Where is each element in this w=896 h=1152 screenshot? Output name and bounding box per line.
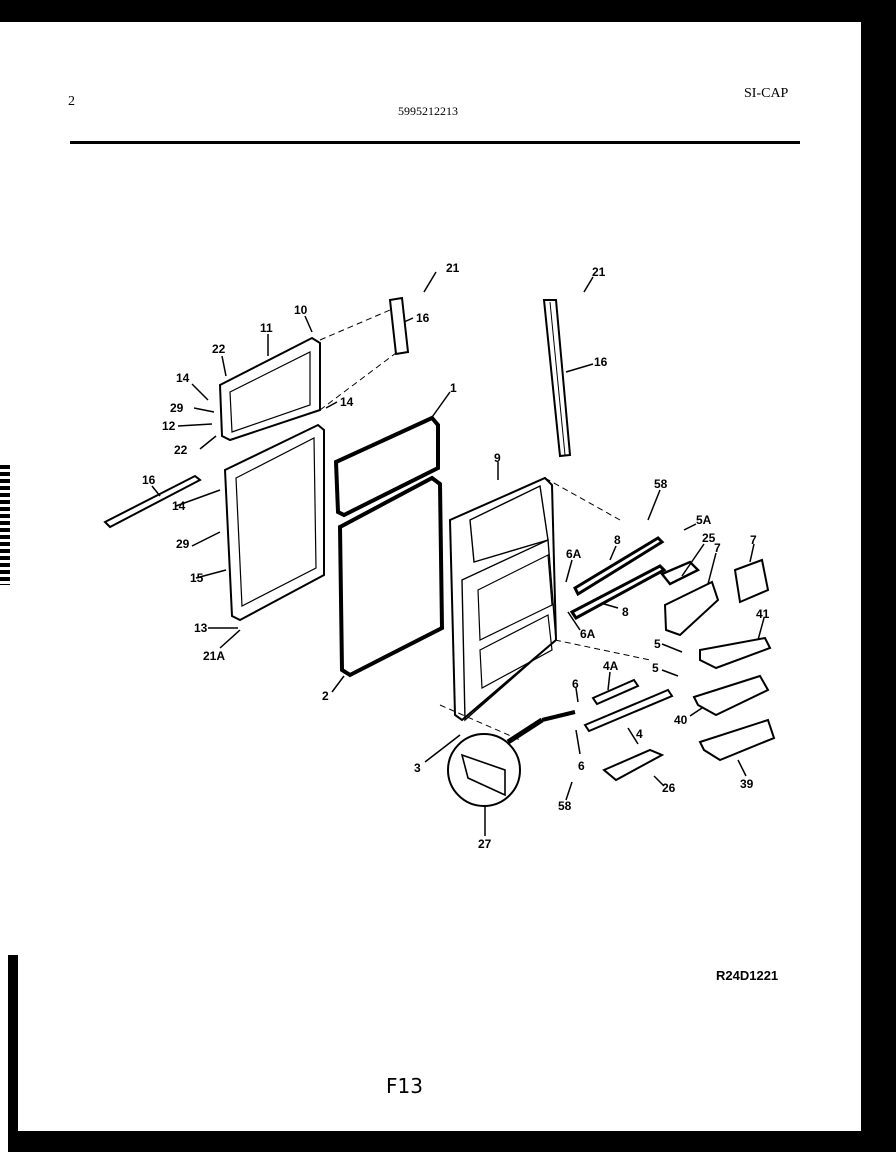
inner-door-panel bbox=[450, 478, 556, 720]
callout-58: 58 bbox=[654, 477, 668, 491]
callout-6A: 6A bbox=[580, 627, 596, 641]
callout-21: 21 bbox=[592, 265, 606, 279]
callout-10: 10 bbox=[294, 303, 308, 317]
callout-5: 5 bbox=[654, 637, 661, 651]
callout-7: 7 bbox=[750, 533, 757, 547]
callout-22: 22 bbox=[174, 443, 188, 457]
callout-27: 27 bbox=[478, 837, 492, 851]
ice-tray bbox=[604, 750, 662, 780]
callout-41: 41 bbox=[756, 607, 770, 621]
callout-labels: 21 16 10 11 22 14 29 12 22 14 1 16 14 29… bbox=[142, 261, 770, 851]
tray-41 bbox=[700, 638, 770, 668]
callout-1: 1 bbox=[450, 381, 457, 395]
callout-12: 12 bbox=[162, 419, 176, 433]
callout-29: 29 bbox=[170, 401, 184, 415]
tray-40 bbox=[694, 676, 768, 715]
callout-22: 22 bbox=[212, 342, 226, 356]
callout-11: 11 bbox=[260, 321, 273, 335]
callout-14: 14 bbox=[172, 499, 186, 513]
callout-14: 14 bbox=[176, 371, 190, 385]
callout-14: 14 bbox=[340, 395, 354, 409]
diagram-drawing bbox=[105, 298, 774, 806]
callout-16: 16 bbox=[142, 473, 156, 487]
callout-9: 9 bbox=[494, 451, 501, 465]
callout-6A: 6A bbox=[566, 547, 582, 561]
callout-13: 13 bbox=[194, 621, 208, 635]
detail-circle bbox=[448, 734, 520, 806]
callout-16: 16 bbox=[416, 311, 430, 325]
callout-4: 4 bbox=[636, 727, 643, 741]
fresh-food-liner-frame bbox=[225, 425, 324, 620]
callout-leaders bbox=[152, 272, 764, 836]
callout-7: 7 bbox=[714, 541, 721, 555]
callout-8: 8 bbox=[614, 533, 621, 547]
callout-6: 6 bbox=[578, 759, 585, 773]
callout-21A: 21A bbox=[203, 649, 225, 663]
callout-5A: 5A bbox=[696, 513, 712, 527]
callout-5: 5 bbox=[652, 661, 659, 675]
tray-39 bbox=[700, 720, 774, 760]
callout-3: 3 bbox=[414, 761, 421, 775]
callout-16: 16 bbox=[594, 355, 608, 369]
door-bin-large bbox=[665, 582, 718, 635]
callout-21: 21 bbox=[446, 261, 460, 275]
callout-4A: 4A bbox=[603, 659, 619, 673]
callout-58: 58 bbox=[558, 799, 572, 813]
callout-29: 29 bbox=[176, 537, 190, 551]
callout-39: 39 bbox=[740, 777, 754, 791]
callout-2: 2 bbox=[322, 689, 329, 703]
callout-40: 40 bbox=[674, 713, 688, 727]
diagram-reference-code: R24D1221 bbox=[716, 968, 778, 983]
callout-15: 15 bbox=[190, 571, 204, 585]
callout-6: 6 bbox=[572, 677, 579, 691]
callout-26: 26 bbox=[662, 781, 676, 795]
callout-8: 8 bbox=[622, 605, 629, 619]
handwritten-note: F13 bbox=[386, 1074, 423, 1098]
